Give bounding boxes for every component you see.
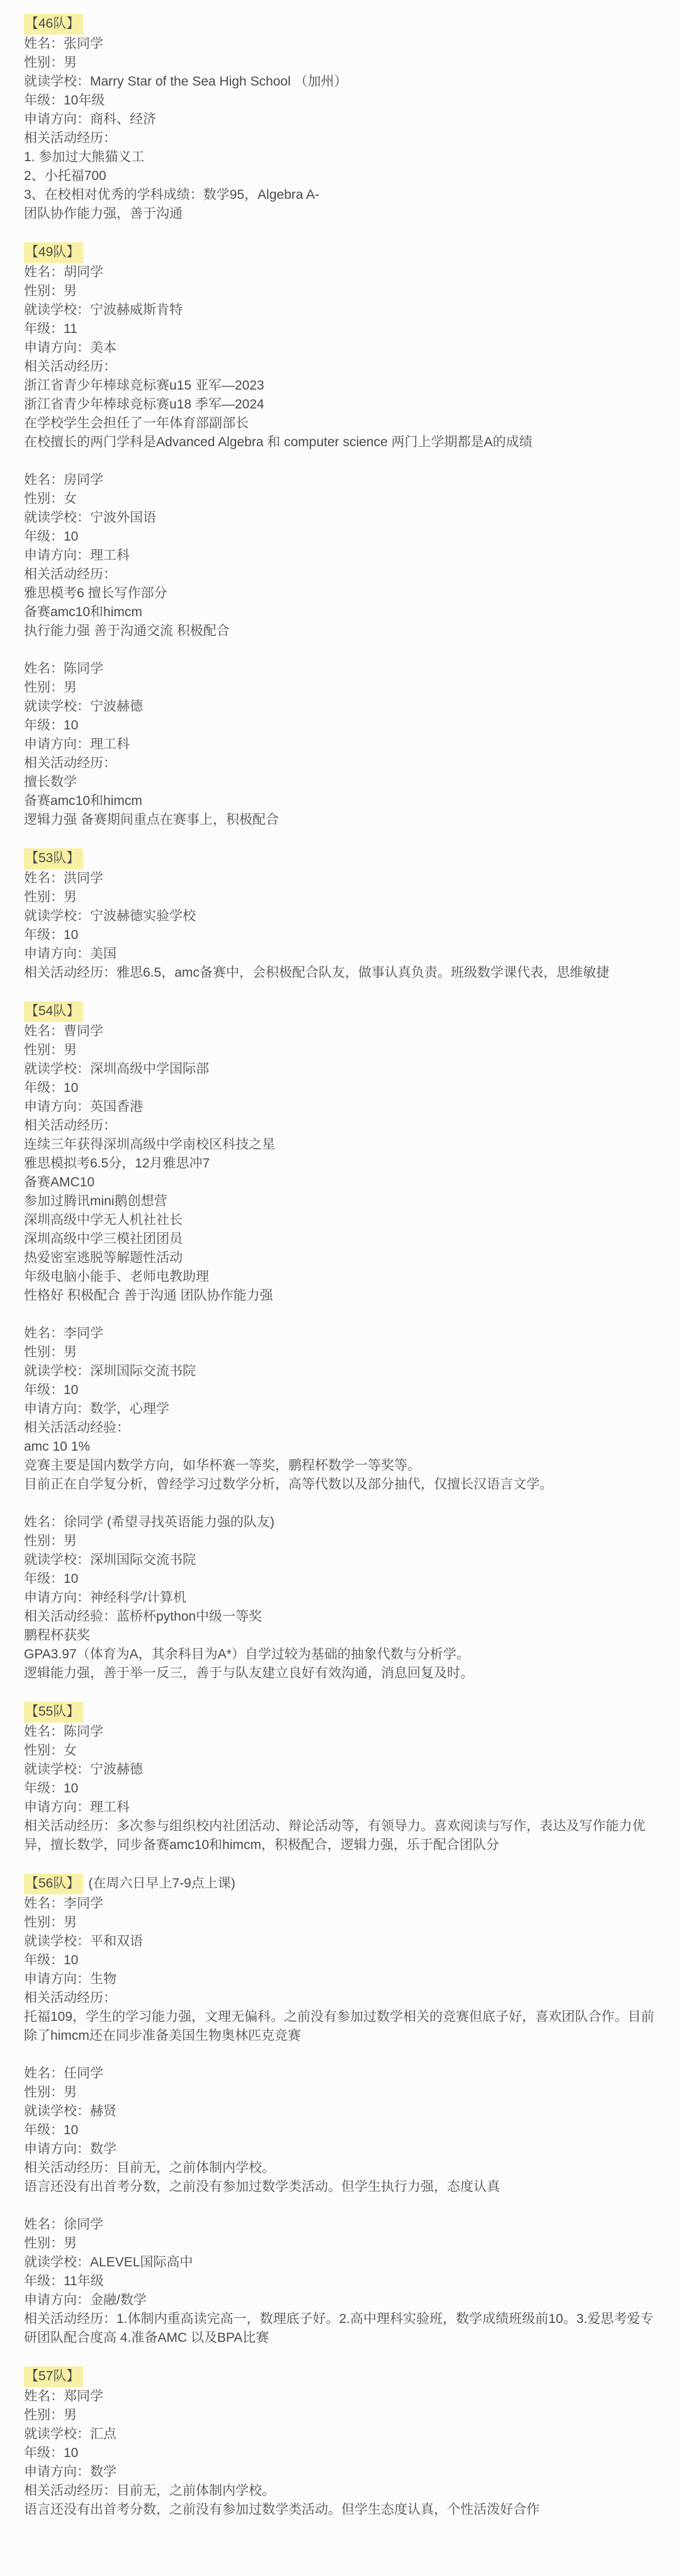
activity-detail-line: 语言还没有出首考分数，之前没有参加过数学类活动。但学生执行力强，态度认真 xyxy=(24,2178,655,2196)
student-gender-line: 性别：男 xyxy=(24,888,655,907)
student-school-line: 就读学校：ALEVEL国际高中 xyxy=(24,2253,655,2272)
application-direction-line: 申请方向：数学，心理学 xyxy=(24,1400,655,1419)
student-block: 姓名：房同学性别：女就读学校：宁波外国语年级：10申请方向：理工科相关活动经历：… xyxy=(24,471,655,641)
activity-detail-line: 逻辑力强 备赛期间重点在赛事上，积极配合 xyxy=(24,811,655,830)
activities-heading-line: 相关活动经历：目前无，之前体制内学校。 xyxy=(24,2482,655,2500)
team-heading-line: 【54队】 xyxy=(24,1001,655,1022)
student-gender-line: 性别：男 xyxy=(24,1913,655,1932)
activities-heading-line: 相关活动经验：蓝桥杯python中级一等奖 xyxy=(24,1607,655,1626)
student-name-line: 姓名：陈同学 xyxy=(24,660,655,678)
student-school-line: 就读学校：赫贤 xyxy=(24,2102,655,2121)
activity-detail-line: 2、小托福700 xyxy=(24,167,655,186)
activity-detail-line: 托福109，学生的学习能力强，文理无偏科。之前没有参加过数学相关的竞赛但底子好，… xyxy=(24,2008,655,2045)
student-school-line: 就读学校：宁波赫德实验学校 xyxy=(24,907,655,926)
activities-heading-line: 相关活动经历： xyxy=(24,1116,655,1135)
activity-detail-line: 性格好 积极配合 善于沟通 团队协作能力强 xyxy=(24,1286,655,1305)
student-gender-line: 性别：男 xyxy=(24,678,655,697)
team-label: 【57队】 xyxy=(24,2366,83,2387)
student-block: 姓名：曹同学性别：男就读学校：深圳高级中学国际部年级：10申请方向：英国香港相关… xyxy=(24,1022,655,1305)
activity-detail-line: 执行能力强 善于沟通交流 积极配合 xyxy=(24,622,655,641)
activity-detail-line: 目前正在自学复分析，曾经学习过数学分析，高等代数以及部分抽代，仅擅长汉语言文学。 xyxy=(24,1475,655,1494)
student-name-line: 姓名：任同学 xyxy=(24,2064,655,2083)
student-grade-line: 年级：10 xyxy=(24,2121,655,2140)
activities-heading-line: 相关活动经历： xyxy=(24,754,655,773)
student-school-line: 就读学校：宁波赫德 xyxy=(24,1760,655,1779)
student-name-line: 姓名：房同学 xyxy=(24,471,655,490)
student-grade-line: 年级：10 xyxy=(24,1381,655,1400)
team-heading-line: 【49队】 xyxy=(24,242,655,263)
activity-detail-line: 浙江省青少年棒球竞标赛u15 亚军—2023 xyxy=(24,376,655,395)
team-section: 【54队】姓名：曹同学性别：男就读学校：深圳高级中学国际部年级：10申请方向：英… xyxy=(24,1001,655,1683)
activity-detail-line: 竞赛主要是国内数学方向，如华杯赛一等奖，鹏程杯数学一等奖等。 xyxy=(24,1456,655,1475)
student-gender-line: 性别：男 xyxy=(24,2406,655,2425)
student-block: 姓名：陈同学性别：男就读学校：宁波赫德年级：10申请方向：理工科相关活动经历：擅… xyxy=(24,660,655,830)
student-grade-line: 年级：11年级 xyxy=(24,2272,655,2291)
application-direction-line: 申请方向：英国香港 xyxy=(24,1098,655,1116)
student-name-line: 姓名：李同学 xyxy=(24,1324,655,1343)
activity-detail-line: 1. 参加过大熊猫义工 xyxy=(24,148,655,167)
team-heading-line: 【55队】 xyxy=(24,1702,655,1723)
student-block: 姓名：任同学性别：男就读学校：赫贤年级：10申请方向：数学相关活动经历：目前无，… xyxy=(24,2064,655,2196)
application-direction-line: 申请方向：理工科 xyxy=(24,1798,655,1817)
student-school-line: 就读学校：宁波赫威斯肯特 xyxy=(24,301,655,320)
activities-heading-line: 相关活动经历： xyxy=(24,129,655,148)
team-label: 【53队】 xyxy=(24,848,83,869)
student-grade-line: 年级：10 xyxy=(24,527,655,546)
student-school-line: 就读学校：宁波外国语 xyxy=(24,509,655,527)
student-name-line: 姓名：徐同学 xyxy=(24,2215,655,2234)
activity-detail-line: 语言还没有出首考分数，之前没有参加过数学类活动。但学生态度认真，个性活泼好合作 xyxy=(24,2500,655,2519)
activities-heading-line: 相关活动经历：多次参与组织校内社团活动、辩论活动等，有领导力。喜欢阅读与写作，表… xyxy=(24,1817,655,1855)
student-name-line: 姓名：陈同学 xyxy=(24,1723,655,1741)
team-heading-line: 【46队】 xyxy=(24,14,655,35)
activities-heading-line: 相关活动经历： xyxy=(24,357,655,376)
student-grade-line: 年级：10 xyxy=(24,1779,655,1798)
student-gender-line: 性别：男 xyxy=(24,2234,655,2253)
student-grade-line: 年级：11 xyxy=(24,320,655,339)
student-grade-line: 年级电脑小能手、老师电教助理 xyxy=(24,1268,655,1286)
student-block: 姓名：胡同学性别：男就读学校：宁波赫威斯肯特年级：11申请方向：美本相关活动经历… xyxy=(24,263,655,452)
student-grade-line: 年级：10年级 xyxy=(24,91,655,110)
team-heading-line: 【57队】 xyxy=(24,2366,655,2387)
application-direction-line: 申请方向：商科、经济 xyxy=(24,110,655,129)
application-direction-line: 申请方向：理工科 xyxy=(24,546,655,565)
activity-detail-line: 备赛AMC10 xyxy=(24,1173,655,1192)
student-school-line: 就读学校：平和双语 xyxy=(24,1932,655,1951)
student-school-line: 就读学校：汇点 xyxy=(24,2425,655,2444)
activity-detail-line: 雅思模考6 擅长写作部分 xyxy=(24,584,655,603)
activity-detail-line: 浙江省青少年棒球竞标赛u18 季军—2024 xyxy=(24,395,655,414)
application-direction-line: 申请方向：美国 xyxy=(24,945,655,964)
student-block: 姓名：陈同学性别：女就读学校：宁波赫德年级：10申请方向：理工科相关活动经历：多… xyxy=(24,1723,655,1855)
document-page: { "page": { "background_color": "#fcfcfc… xyxy=(0,0,680,2576)
activity-detail-line: 连续三年获得深圳高级中学南校区科技之星 xyxy=(24,1135,655,1154)
student-school-line: 就读学校：深圳国际交流书院 xyxy=(24,1551,655,1570)
student-name-line: 姓名：胡同学 xyxy=(24,263,655,282)
activities-heading-line: 相关活动经历：雅思6.5，amc备赛中，会积极配合队友，做事认真负责。班级数学课… xyxy=(24,964,655,982)
application-direction-line: 申请方向：理工科 xyxy=(24,735,655,754)
activities-heading-line: 相关活动经历： xyxy=(24,565,655,584)
activities-heading-line: 相关活活动经验： xyxy=(24,1419,655,1437)
student-grade-line: 年级：10 xyxy=(24,1079,655,1098)
activity-detail-line: GPA3.97（体育为A，其余科目为A*）自学过较为基础的抽象代数与分析学。 xyxy=(24,1645,655,1664)
activity-detail-line: 参加过腾讯mini鹅创想营 xyxy=(24,1192,655,1211)
student-school-line: 就读学校：宁波赫德 xyxy=(24,697,655,716)
student-gender-line: 性别：男 xyxy=(24,1532,655,1551)
activity-detail-line: 鹏程杯获奖 xyxy=(24,1626,655,1645)
team-section: 【55队】姓名：陈同学性别：女就读学校：宁波赫德年级：10申请方向：理工科相关活… xyxy=(24,1702,655,1855)
activities-heading-line: 相关活动经历：1.体制内重高读完高一，数理底子好。2.高中理科实验班，数学成绩班… xyxy=(24,2310,655,2348)
activity-detail-line: 深圳高级中学三模社团团员 xyxy=(24,1230,655,1249)
student-block: 姓名：徐同学性别：男就读学校：ALEVEL国际高中年级：11年级申请方向：金融/… xyxy=(24,2215,655,2348)
student-gender-line: 性别：男 xyxy=(24,1041,655,1060)
team-roster-document: 【46队】姓名：张同学性别：男就读学校：Marry Star of the Se… xyxy=(0,0,680,2576)
team-label: 【56队】 xyxy=(24,1874,83,1894)
student-block: 姓名：洪同学性别：男就读学校：宁波赫德实验学校年级：10申请方向：美国相关活动经… xyxy=(24,869,655,982)
student-grade-line: 年级：10 xyxy=(24,1570,655,1589)
student-school-line: 就读学校：Marry Star of the Sea High School （… xyxy=(24,72,655,91)
student-gender-line: 性别：女 xyxy=(24,1741,655,1760)
team-section: 【56队】(在周六日早上7-9点上课)姓名：李同学性别：男就读学校：平和双语年级… xyxy=(24,1874,655,2348)
team-label: 【49队】 xyxy=(24,242,83,263)
student-grade-line: 年级：10 xyxy=(24,1951,655,1970)
student-gender-line: 性别：女 xyxy=(24,490,655,509)
student-grade-line: 年级：10 xyxy=(24,926,655,945)
team-section: 【53队】姓名：洪同学性别：男就读学校：宁波赫德实验学校年级：10申请方向：美国… xyxy=(24,848,655,982)
team-heading-line: 【56队】(在周六日早上7-9点上课) xyxy=(24,1874,655,1894)
student-name-line: 姓名：郑同学 xyxy=(24,2387,655,2406)
student-name-line: 姓名：徐同学 (希望寻找英语能力强的队友) xyxy=(24,1513,655,1532)
application-direction-line: 申请方向：数学 xyxy=(24,2463,655,2482)
activity-detail-line: 备赛amc10和himcm xyxy=(24,603,655,622)
student-name-line: 姓名：曹同学 xyxy=(24,1022,655,1041)
activities-heading-line: 相关活动经历： xyxy=(24,1989,655,2008)
student-block: 姓名：张同学性别：男就读学校：Marry Star of the Sea Hig… xyxy=(24,35,655,223)
team-label: 【54队】 xyxy=(24,1001,83,1022)
activity-detail-line: 热爱密室逃脱等解题性活动 xyxy=(24,1249,655,1268)
application-direction-line: 申请方向：生物 xyxy=(24,1970,655,1989)
team-section: 【46队】姓名：张同学性别：男就读学校：Marry Star of the Se… xyxy=(24,14,655,223)
activity-detail-line: 雅思模拟考6.5分，12月雅思冲7 xyxy=(24,1154,655,1173)
team-heading-line: 【53队】 xyxy=(24,848,655,869)
activity-detail-line: 擅长数学 xyxy=(24,773,655,792)
activity-detail-line: 深圳高级中学无人机社社长 xyxy=(24,1211,655,1230)
application-direction-line: 申请方向：数学 xyxy=(24,2140,655,2159)
student-gender-line: 性别：男 xyxy=(24,2083,655,2102)
activity-detail-line: 逻辑能力强，善于举一反三，善于与队友建立良好有效沟通，消息回复及时。 xyxy=(24,1664,655,1683)
activity-detail-line: 备赛amc10和himcm xyxy=(24,792,655,811)
activity-detail-line: 在学校学生会担任了一年体育部副部长 xyxy=(24,414,655,433)
student-school-line: 就读学校：深圳高级中学国际部 xyxy=(24,1060,655,1079)
student-block: 姓名：郑同学性别：男就读学校：汇点年级：10申请方向：数学相关活动经历：目前无，… xyxy=(24,2387,655,2519)
activity-detail-line: 在校擅长的两门学科是Advanced Algebra 和 computer sc… xyxy=(24,433,655,452)
student-gender-line: 性别：男 xyxy=(24,1343,655,1362)
activity-detail-line: amc 10 1% xyxy=(24,1437,655,1456)
student-name-line: 姓名：洪同学 xyxy=(24,869,655,888)
application-direction-line: 申请方向：美本 xyxy=(24,339,655,357)
student-block: 姓名：徐同学 (希望寻找英语能力强的队友)性别：男就读学校：深圳国际交流书院年级… xyxy=(24,1513,655,1683)
student-grade-line: 年级：10 xyxy=(24,716,655,735)
team-label: 【46队】 xyxy=(24,14,83,35)
team-section: 【57队】姓名：郑同学性别：男就读学校：汇点年级：10申请方向：数学相关活动经历… xyxy=(24,2366,655,2519)
application-direction-line: 申请方向：神经科学/计算机 xyxy=(24,1589,655,1607)
student-school-line: 就读学校：深圳国际交流书院 xyxy=(24,1362,655,1381)
student-gender-line: 性别：男 xyxy=(24,53,655,72)
student-grade-line: 年级：10 xyxy=(24,2444,655,2463)
team-label: 【55队】 xyxy=(24,1702,83,1723)
activities-heading-line: 相关活动经历：目前无，之前体制内学校。 xyxy=(24,2159,655,2178)
activity-detail-line: 3、在校相对优秀的学科成绩：数学95，Algebra A- xyxy=(24,186,655,205)
activity-detail-line: 团队协作能力强，善于沟通 xyxy=(24,205,655,223)
student-block: 姓名：李同学性别：男就读学校：平和双语年级：10申请方向：生物相关活动经历：托福… xyxy=(24,1894,655,2045)
student-name-line: 姓名：李同学 xyxy=(24,1894,655,1913)
application-direction-line: 申请方向：金融/数学 xyxy=(24,2291,655,2310)
student-name-line: 姓名：张同学 xyxy=(24,35,655,53)
student-block: 姓名：李同学性别：男就读学校：深圳国际交流书院年级：10申请方向：数学，心理学相… xyxy=(24,1324,655,1494)
student-gender-line: 性别：男 xyxy=(24,282,655,301)
team-note: (在周六日早上7-9点上课) xyxy=(88,1876,235,1891)
team-section: 【49队】姓名：胡同学性别：男就读学校：宁波赫威斯肯特年级：11申请方向：美本相… xyxy=(24,242,655,830)
